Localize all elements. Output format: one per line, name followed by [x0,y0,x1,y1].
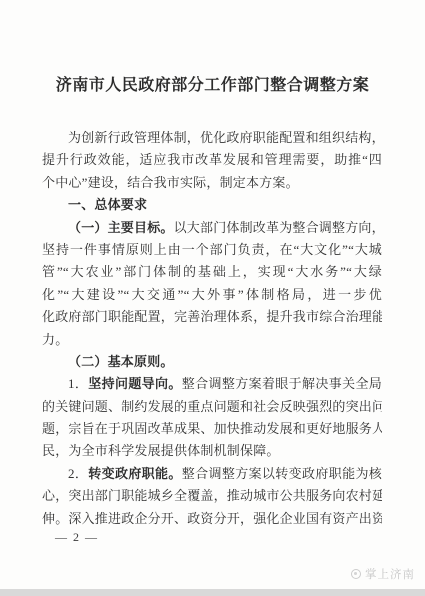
paragraph-lead: （一）主要目标。 [68,220,174,235]
text-line: 民，为全市科学发展提供体制机制保障。 [42,440,382,462]
paragraph-text: 整合调整方案以转变政府职能为核 [182,466,382,481]
text-line: 伸。深入推进政企分开、政资分开，强化企业国有资产出资 [42,508,382,530]
watermark-text: 掌上济南 [365,566,415,582]
paragraph-lead: 转变政府职能。 [88,466,182,481]
goal-paragraph: （一）主要目标。以大部门体制改革为整合调整方向， 坚持一件事情原则上由一个部门负… [42,217,382,351]
principle-item-1: 1．坚持问题导向。整合调整方案着眼于解决事关全局 的关键问题、制约发展的重点问题… [42,373,382,463]
text-line: （一）主要目标。以大部门体制改革为整合调整方向， [42,217,382,239]
document-page: 济南市人民政府部分工作部门整合调整方案 为创新行政管理体制，优化政府职能配置和组… [0,0,425,596]
text-line: 心，突出部门职能城乡全覆盖，推动城市公共服务向农村延 [42,485,382,507]
text-line: 为创新行政管理体制，优化政府职能配置和组织结构， [42,127,382,149]
item-number: 2． [68,466,88,481]
paragraph-text: 以大部门体制改革为整合调整方向， [174,220,382,235]
text-line: 化”“大建设”“大交通”“大外事”体制格局，进一步优 [42,284,382,306]
intro-paragraph: 为创新行政管理体制，优化政府职能配置和组织结构， 提升行政效能，适应我市改革发展… [42,127,382,194]
text-line: 个中心”建设，结合我市实际，制定本方案。 [42,172,382,194]
bottom-divider-bar [0,589,425,596]
text-line: 力。 [42,329,382,351]
paragraph-lead: （二）基本原则。 [68,354,174,369]
item-number: 1． [68,376,88,391]
watermark: 掌上济南 [351,566,415,582]
paragraph-lead: 坚持问题导向。 [88,376,182,391]
watermark-logo-icon [351,569,361,579]
principle-item-2: 2．转变政府职能。整合调整方案以转变政府职能为核 心，突出部门职能城乡全覆盖，推… [42,463,382,530]
text-line: 管”“大农业”部门体制的基础上，实现“大水务”“大绿 [42,261,382,283]
text-line: 2．转变政府职能。整合调整方案以转变政府职能为核 [42,463,382,485]
page-number: — 2 — [55,530,99,545]
text-line: 坚持一件事情原则上由一个部门负责，在“大文化”“大城 [42,239,382,261]
section-heading: 一、总体要求 [42,194,382,216]
principles-heading: （二）基本原则。 [42,351,382,373]
text-line: 化政府部门职能配置，完善治理体系，提升我市综合治理能 [42,306,382,328]
paragraph-text: 整合调整方案着眼于解决事关全局 [182,376,382,391]
text-line: 的关键问题、制约发展的重点问题和社会反映强烈的突出问 [42,396,382,418]
document-title: 济南市人民政府部分工作部门整合调整方案 [0,75,425,97]
document-body: 为创新行政管理体制，优化政府职能配置和组织结构， 提升行政效能，适应我市改革发展… [42,127,382,530]
text-line: 提升行政效能，适应我市改革发展和管理需要，助推“四 [42,149,382,171]
text-line: 1．坚持问题导向。整合调整方案着眼于解决事关全局 [42,373,382,395]
text-line: 题，宗旨在于巩固改革成果、加快推动发展和更好地服务人 [42,418,382,440]
